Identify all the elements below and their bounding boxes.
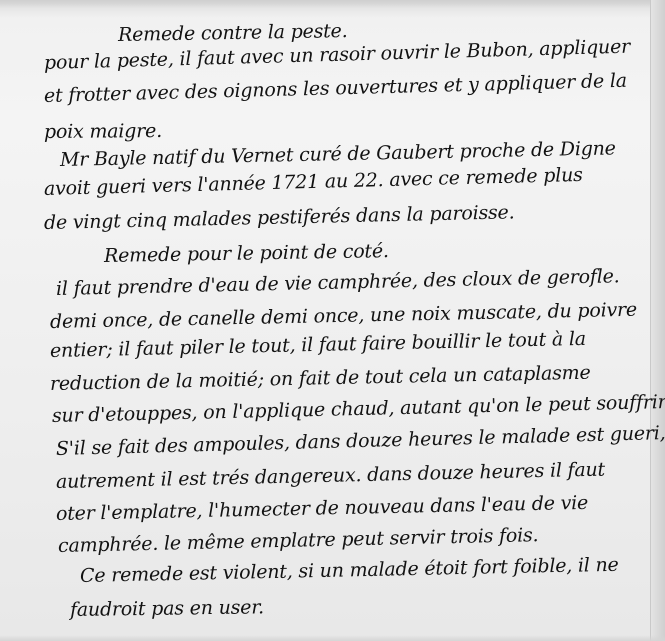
text-line: de vingt cinq malades pestiferés dans la… bbox=[44, 201, 515, 234]
manuscript-page: Remede contre la peste. pour la peste, i… bbox=[0, 0, 665, 641]
text-line: il faut prendre d'eau de vie camphrée, d… bbox=[56, 265, 620, 300]
text-line: oter l'emplatre, l'humecter de nouveau d… bbox=[56, 492, 589, 525]
text-line: entier; il faut piler le tout, il faut f… bbox=[50, 328, 586, 362]
text-line: Ce remede est violent, si un malade étoi… bbox=[80, 554, 619, 587]
page-bottom-edge bbox=[0, 635, 665, 641]
section-heading-side-pain-remedy: Remede pour le point de coté. bbox=[104, 240, 389, 267]
text-line: poix maigre. bbox=[44, 120, 162, 143]
text-line: et frotter avec des oignons les ouvertur… bbox=[44, 70, 627, 107]
text-line: autrement il est trés dangereux. dans do… bbox=[56, 459, 605, 493]
text-line: camphrée. le même emplatre peut servir t… bbox=[58, 524, 539, 557]
text-line: S'il se fait des ampoules, dans douze he… bbox=[56, 422, 665, 460]
text-line: faudroit pas en user. bbox=[70, 596, 264, 621]
text-line: sur d'etouppes, on l'applique chaud, aut… bbox=[52, 391, 665, 427]
text-line: reduction de la moitié; on fait de tout … bbox=[50, 362, 591, 395]
page-right-margin bbox=[650, 0, 665, 641]
section-heading-plague-remedy: Remede contre la peste. bbox=[118, 20, 348, 46]
page-top-edge bbox=[0, 0, 665, 8]
